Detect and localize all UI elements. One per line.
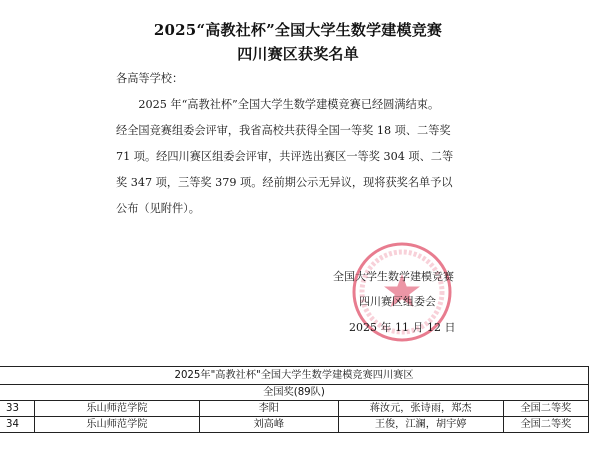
cell-no: 34	[0, 417, 34, 433]
award-table: 2025年"高教社杯"全国大学生数学建模竞赛四川赛区 全国奖(89队) 33 乐…	[0, 366, 589, 433]
signature-org-line1: 全国大学生数学建模竞赛	[333, 268, 454, 284]
cell-members: 蒋汝元，张诗雨，郑杰	[338, 401, 503, 417]
cell-award: 全国二等奖	[503, 401, 588, 417]
paragraph-line: 71 项。经四川赛区组委会评审，共评选出赛区一等奖 304 项、二等	[116, 148, 453, 164]
cell-advisor: 李阳	[200, 401, 339, 417]
cell-school: 乐山师范学院	[34, 401, 199, 417]
table-row: 34 乐山师范学院 刘高峰 王俊，江澜，胡宇婷 全国二等奖	[0, 417, 589, 433]
table-section: 全国奖(89队)	[0, 385, 589, 401]
paragraph-line: 2025 年“高教社杯”全国大学生数学建模竞赛已经圆满结束。	[116, 96, 439, 112]
cell-no: 33	[0, 401, 34, 417]
paragraph-line: 经全国竞赛组委会评审，我省高校共获得全国一等奖 18 项、二等奖	[116, 122, 451, 138]
cell-members: 王俊，江澜，胡宇婷	[338, 417, 503, 433]
cell-award: 全国二等奖	[503, 417, 588, 433]
cell-advisor: 刘高峰	[200, 417, 339, 433]
paragraph-line: 奖 347 项，三等奖 379 项。经前期公示无异议，现将获奖名单予以	[116, 174, 453, 190]
cell-school: 乐山师范学院	[34, 417, 199, 433]
table-title: 2025年"高教社杯"全国大学生数学建模竞赛四川赛区	[0, 367, 589, 385]
document-title-line1: 2025“高教社杯”全国大学生数学建模竞赛	[0, 19, 596, 40]
paragraph-line: 公布（见附件）。	[116, 200, 200, 216]
document-title-line2: 四川赛区获奖名单	[0, 43, 596, 64]
salutation: 各高等学校：	[116, 70, 183, 86]
signature-org-line2: 四川赛区组委会	[359, 293, 436, 309]
signature-date: 2025 年 11 月 12 日	[349, 319, 455, 335]
table-row: 33 乐山师范学院 李阳 蒋汝元，张诗雨，郑杰 全国二等奖	[0, 401, 589, 417]
